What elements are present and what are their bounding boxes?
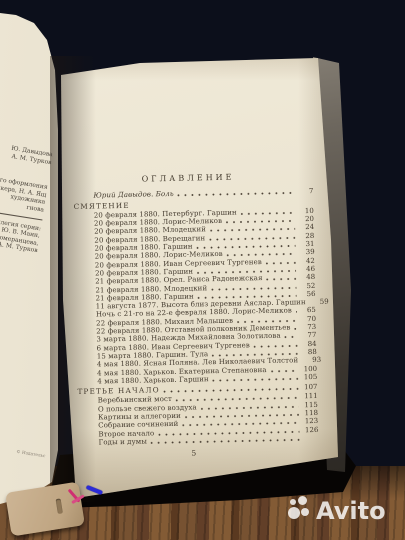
dot-leader [213, 377, 299, 382]
dot-leader [296, 311, 297, 314]
table-of-contents: ОГЛАВЛЕНИЕ Юрий Давыдов. Боль 7 СМЯТЕНИЕ… [73, 171, 319, 460]
toc-entry-page: 118 [302, 409, 318, 417]
toc-entry-page: 107 [301, 383, 317, 391]
dot-leader [151, 438, 300, 444]
toc-entry-title: Юрий Давыдов. Боль [93, 190, 173, 200]
toc-entry-page: 126 [302, 426, 318, 434]
toc-entry-page: 31 [298, 240, 314, 248]
toc-entry-page: 10 [298, 207, 314, 215]
dot-leader [285, 336, 298, 339]
toc-entry-page: 52 [299, 282, 315, 290]
dot-leader [294, 327, 297, 330]
toc-entry-page: 39 [299, 248, 315, 256]
toc-entry-page: 111 [302, 392, 318, 400]
avito-watermark: Avito [288, 496, 386, 526]
toc-entry-page: 93 [305, 356, 321, 364]
toc-entry-title: СМЯТЕНИЕ [74, 200, 130, 210]
toc-entry-title: Годы и думы [99, 437, 148, 446]
page-shading [55, 55, 335, 81]
colophon-group-3: ллегия серии:ерев, Ю. В. Манн,Е. Померан… [0, 216, 42, 255]
dot-leader [266, 261, 296, 265]
tag-slot [56, 498, 63, 514]
dot-leader [178, 192, 295, 197]
toc-entry-page: 24 [298, 223, 314, 231]
toc-entry-page: 46 [299, 265, 315, 273]
watermark-brand-text: Avito [316, 496, 386, 526]
toc-entry-page: 73 [300, 323, 316, 331]
toc-entry-page: 42 [299, 257, 315, 265]
toc-entry-title: ТРЕТЬЕ НАЧАЛО [77, 385, 159, 396]
toc-entry-page: 7 [297, 187, 313, 195]
toc-entry-page: 56 [299, 290, 315, 298]
toc-entry-title: 4 мая 1880. Харьков. Гаршин [97, 375, 209, 385]
toc-entry-page: 77 [300, 331, 316, 339]
toc-entry-page: 105 [301, 373, 317, 381]
toc-entry-page: 88 [301, 348, 317, 356]
toc-entry-page: 48 [299, 273, 315, 281]
toc-entry-page: 123 [302, 417, 318, 425]
dot-leader [271, 369, 299, 373]
toc-entry-page: 20 [298, 215, 314, 223]
toc-entry-page: 100 [301, 364, 317, 372]
toc-rows: Юрий Давыдов. Боль 7 СМЯТЕНИЕ 20 февраля… [73, 187, 318, 447]
toc-entry-page: 28 [298, 232, 314, 240]
toc-entry-page: 65 [300, 306, 316, 314]
toc-entry-page: 70 [300, 315, 316, 323]
toc-entry-page: 59 [313, 298, 329, 306]
toc-entry-page: 84 [300, 340, 316, 348]
toc-entry-page: 115 [302, 401, 318, 409]
dot-leader [267, 278, 297, 282]
avito-logo-icon [288, 496, 314, 526]
